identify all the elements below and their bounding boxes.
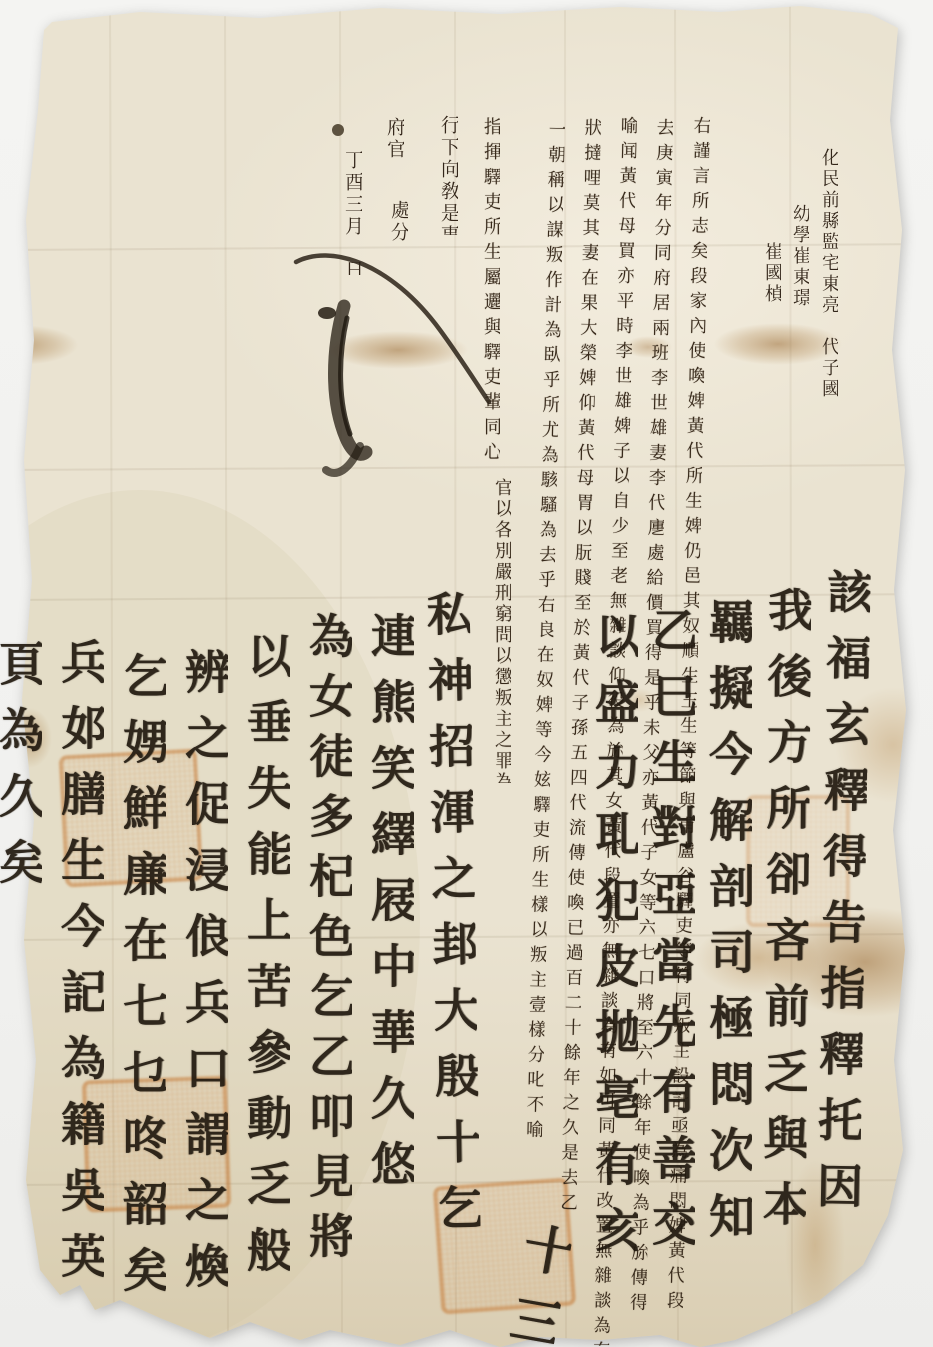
stain xyxy=(624,688,656,712)
official-seal-impression xyxy=(59,748,204,887)
ink-speck xyxy=(332,124,344,136)
stain xyxy=(696,922,820,994)
stain xyxy=(714,323,842,365)
stain xyxy=(785,1160,845,1330)
stain xyxy=(328,331,468,369)
document-photo: 化民前縣監宅東亮 代子國琛 幼學崔東璟 崔國楨 右謹言所志矣段家內使喚婢黃代所生… xyxy=(0,0,933,1347)
official-seal-impression xyxy=(433,1177,577,1314)
official-seal-impression xyxy=(82,1076,232,1213)
official-seal-impression xyxy=(746,795,850,927)
stain xyxy=(624,336,672,358)
stain xyxy=(8,708,52,768)
